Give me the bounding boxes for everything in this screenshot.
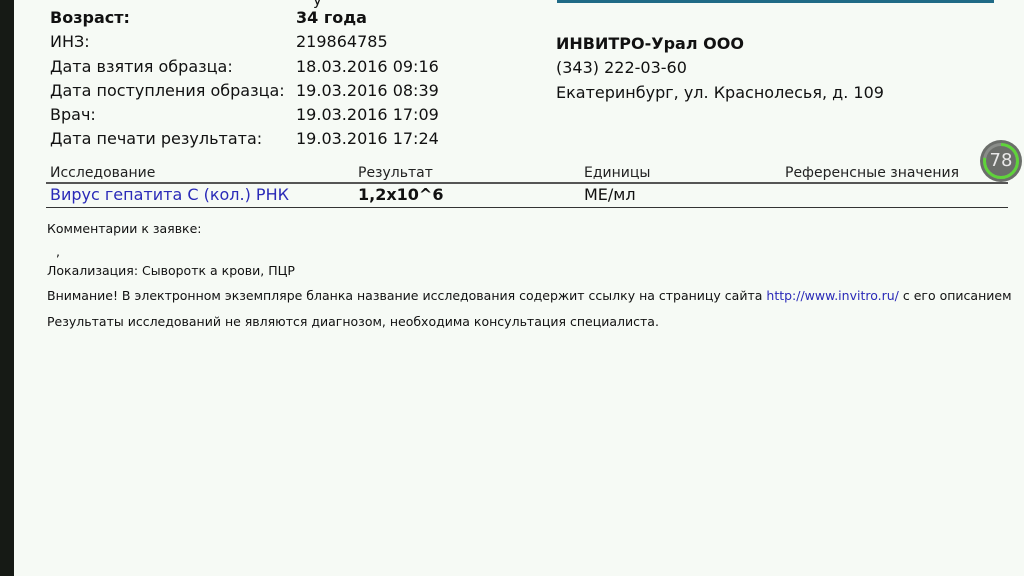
col-header-test: Исследование [50,164,155,182]
comments-label: Комментарии к заявке: [47,221,202,237]
localization-note: Локализация: Сыворотк а крови, ПЦР [47,263,295,279]
org-phone: (343) 222-03-60 [556,58,687,78]
comment-mark: , [56,244,60,260]
info-value: 19.03.2016 08:39 [296,81,439,101]
table-header-divider [46,182,1008,184]
col-header-result: Результат [358,164,433,182]
org-name: ИНВИТРО-Урал ООО [556,34,744,54]
info-label: Дата взятия образца: [50,57,233,77]
info-value: 18.03.2016 09:16 [296,57,439,77]
warning-suffix: с его описанием [903,288,1012,303]
invitro-link[interactable]: http://www.invitro.ru/ [766,288,899,303]
warning-note: Внимание! В электронном экземпляре бланк… [47,288,1012,304]
progress-badge[interactable]: 78 [979,139,1023,183]
col-header-reference: Референсные значения [785,164,959,182]
org-address: Екатеринбург, ул. Краснолесья, д. 109 [556,83,884,103]
info-label: Дата поступления образца: [50,81,285,101]
info-value: 19.03.2016 17:24 [296,129,439,149]
test-name-link[interactable]: Вирус гепатита С (кол.) РНК [50,185,289,205]
info-label: Дата печати результата: [50,129,262,149]
info-label: Возраст: [50,8,130,28]
disclaimer-note: Результаты исследований не являются диаг… [47,314,659,330]
info-label: ИНЗ: [50,32,90,52]
info-value: 34 года [296,8,367,28]
header-rule [557,0,994,3]
left-edge-bar [0,0,14,576]
info-value: 219864785 [296,32,388,52]
col-header-units: Единицы [584,164,650,182]
info-label: Врач: [50,105,96,125]
info-value: 19.03.2016 17:09 [296,105,439,125]
warning-prefix: Внимание! В электронном экземпляре бланк… [47,288,762,303]
table-bottom-divider [46,207,1008,208]
badge-value: 78 [979,139,1023,183]
result-value: 1,2x10^6 [358,185,443,205]
result-units: МЕ/мл [584,185,636,205]
